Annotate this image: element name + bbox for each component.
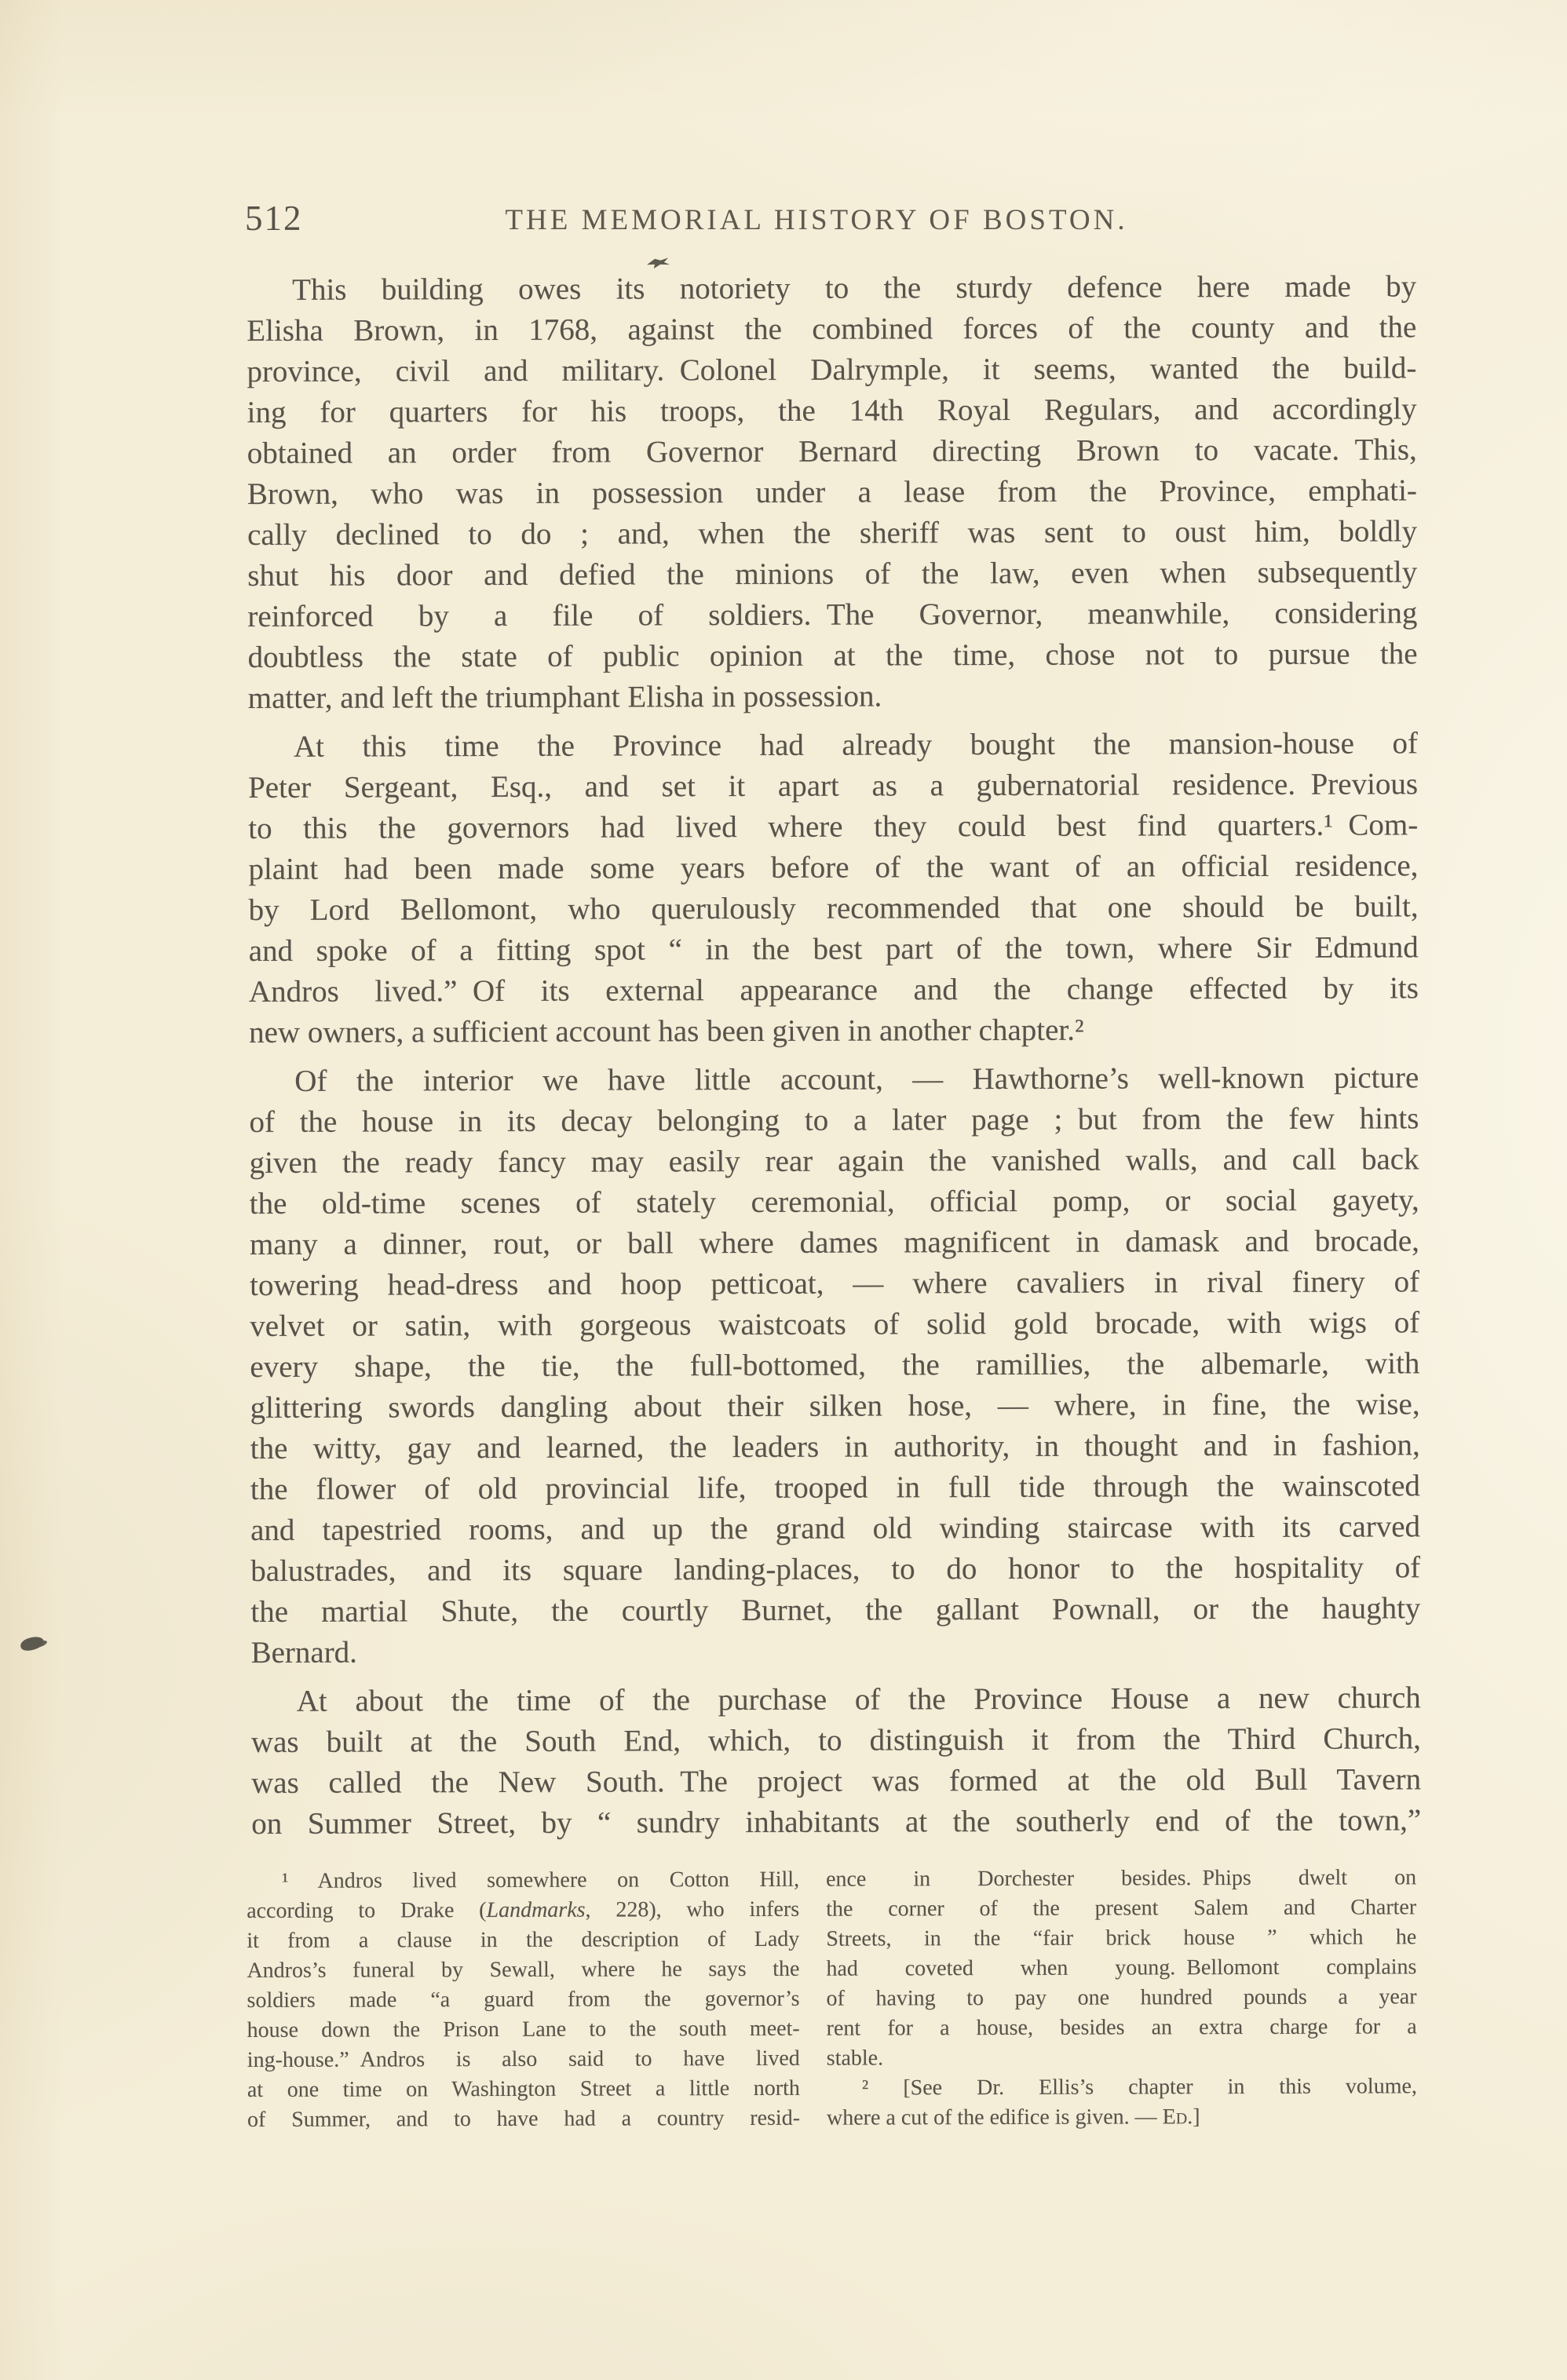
- text-line: ing-house.” Andros is also said to have …: [247, 2044, 800, 2075]
- footnote-column-right: ence in Dorchester besides. Phips dwelt …: [826, 1863, 1417, 2133]
- text-line: Brown, who was in possession under a lea…: [247, 470, 1417, 515]
- text-line: at one time on Washington Street a littl…: [247, 2074, 800, 2105]
- text-line: ence in Dorchester besides. Phips dwelt …: [826, 1863, 1416, 1894]
- text-line: plaint had been made some years before o…: [248, 845, 1418, 890]
- text-line: by Lord Bellomont, who querulously recom…: [248, 886, 1418, 931]
- scanned-book-page: 512 THE MEMORIAL HISTORY OF BOSTON. This…: [0, 0, 1567, 2380]
- text-line: house down the Prison Lane to the south …: [247, 2014, 800, 2046]
- text-line: of Summer, and to have had a country res…: [247, 2104, 800, 2135]
- text-line: and spoke of a fitting spot “ in the bes…: [249, 927, 1419, 972]
- text-line: it from a clause in the description of L…: [247, 1925, 799, 1956]
- text-line: stable.: [827, 2042, 1417, 2073]
- text-line: and tapestried rooms, and up the grand o…: [250, 1506, 1420, 1551]
- text-line: Elisha Brown, in 1768, against the combi…: [247, 307, 1416, 352]
- text-line: Andros’s funeral by Sewall, where he say…: [247, 1955, 799, 1986]
- text-line: This building owes its notoriety to the …: [247, 266, 1416, 311]
- text-line: province, civil and military. Colonel Da…: [247, 348, 1416, 392]
- ink-blot-mark: [20, 1636, 45, 1652]
- text-line: many a dinner, rout, or ball where dames…: [250, 1221, 1419, 1265]
- text-line: of the house in its decay belonging to a…: [249, 1098, 1419, 1143]
- text-line: Bernard.: [250, 1629, 1420, 1674]
- text-line: the martial Shute, the courtly Burnet, t…: [250, 1588, 1420, 1633]
- text-line: given the ready fancy may easily rear ag…: [249, 1139, 1419, 1184]
- text-line: soldiers made “a guard from the governor…: [247, 1984, 799, 2016]
- text-line: where a cut of the edifice is given. — E…: [827, 2101, 1417, 2133]
- text-line: every shape, the tie, the full-bottomed,…: [250, 1343, 1419, 1388]
- paragraph: Of the interior we have little account, …: [249, 1057, 1420, 1674]
- running-header: THE MEMORIAL HISTORY OF BOSTON.: [220, 203, 1413, 237]
- text-line: the corner of the present Salem and Char…: [826, 1893, 1416, 1924]
- text-line: matter, and left the triumphant Elisha i…: [248, 674, 1418, 719]
- text-line: rent for a house, besides an extra charg…: [827, 2012, 1417, 2043]
- text-line: ¹ Andros lived somewhere on Cotton Hill,: [247, 1865, 799, 1896]
- text-line: towering head-dress and hoop petticoat, …: [250, 1261, 1419, 1306]
- body-text: This building owes its notoriety to the …: [247, 266, 1421, 1845]
- text-line: was built at the South End, which, to di…: [251, 1718, 1421, 1763]
- paragraph: This building owes its notoriety to the …: [247, 266, 1418, 719]
- paragraph: At about the time of the purchase of the…: [251, 1677, 1422, 1845]
- paragraph: At this time the Province had already bo…: [248, 723, 1419, 1053]
- text-line: to this the governors had lived where th…: [248, 805, 1418, 849]
- text-line: of having to pay one hundred pounds a ye…: [826, 1982, 1416, 2013]
- text-line: At about the time of the purchase of the…: [251, 1677, 1421, 1722]
- text-line: on Summer Street, by “ sundry inhabitant…: [251, 1800, 1421, 1845]
- text-line: was called the New South. The project wa…: [251, 1759, 1421, 1804]
- text-line: At this time the Province had already bo…: [248, 723, 1418, 768]
- text-line: ing for quarters for his troops, the 14t…: [247, 389, 1416, 433]
- text-line: had coveted when young. Bellomont compla…: [826, 1952, 1416, 1984]
- text-line: new owners, a sufficient account has bee…: [249, 1009, 1419, 1053]
- text-line: balustrades, and its square landing-plac…: [250, 1547, 1420, 1592]
- text-line: the flower of old provincial life, troop…: [250, 1466, 1420, 1510]
- text-line: Peter Sergeant, Esq., and set it apart a…: [248, 764, 1418, 809]
- text-line: glittering swords dangling about their s…: [250, 1384, 1419, 1429]
- text-line: cally declined to do ; and, when the she…: [247, 511, 1417, 556]
- text-line: obtained an order from Governor Bernard …: [247, 429, 1417, 474]
- text-line: ² [See Dr. Ellis’s chapter in this volum…: [827, 2072, 1417, 2103]
- footnote-column-left: ¹ Andros lived somewhere on Cotton Hill,…: [247, 1865, 800, 2135]
- text-line: Streets, in the “fair brick house ” whic…: [826, 1922, 1416, 1954]
- text-line: the old-time scenes of stately ceremonia…: [250, 1180, 1419, 1225]
- text-line: the witty, gay and learned, the leaders …: [250, 1425, 1420, 1469]
- footnotes: ¹ Andros lived somewhere on Cotton Hill,…: [247, 1863, 1417, 2135]
- text-line: Andros lived.” Of its external appearanc…: [249, 968, 1419, 1013]
- text-line: according to Drake (Landmarks, 228), who…: [247, 1895, 799, 1926]
- text-line: doubtless the state of public opinion at…: [247, 633, 1417, 678]
- text-line: shut his door and defied the minions of …: [247, 552, 1417, 597]
- text-line: velvet or satin, with gorgeous waistcoat…: [250, 1302, 1419, 1347]
- text-line: Of the interior we have little account, …: [249, 1057, 1419, 1102]
- text-line: reinforced by a file of soldiers. The Go…: [247, 593, 1417, 637]
